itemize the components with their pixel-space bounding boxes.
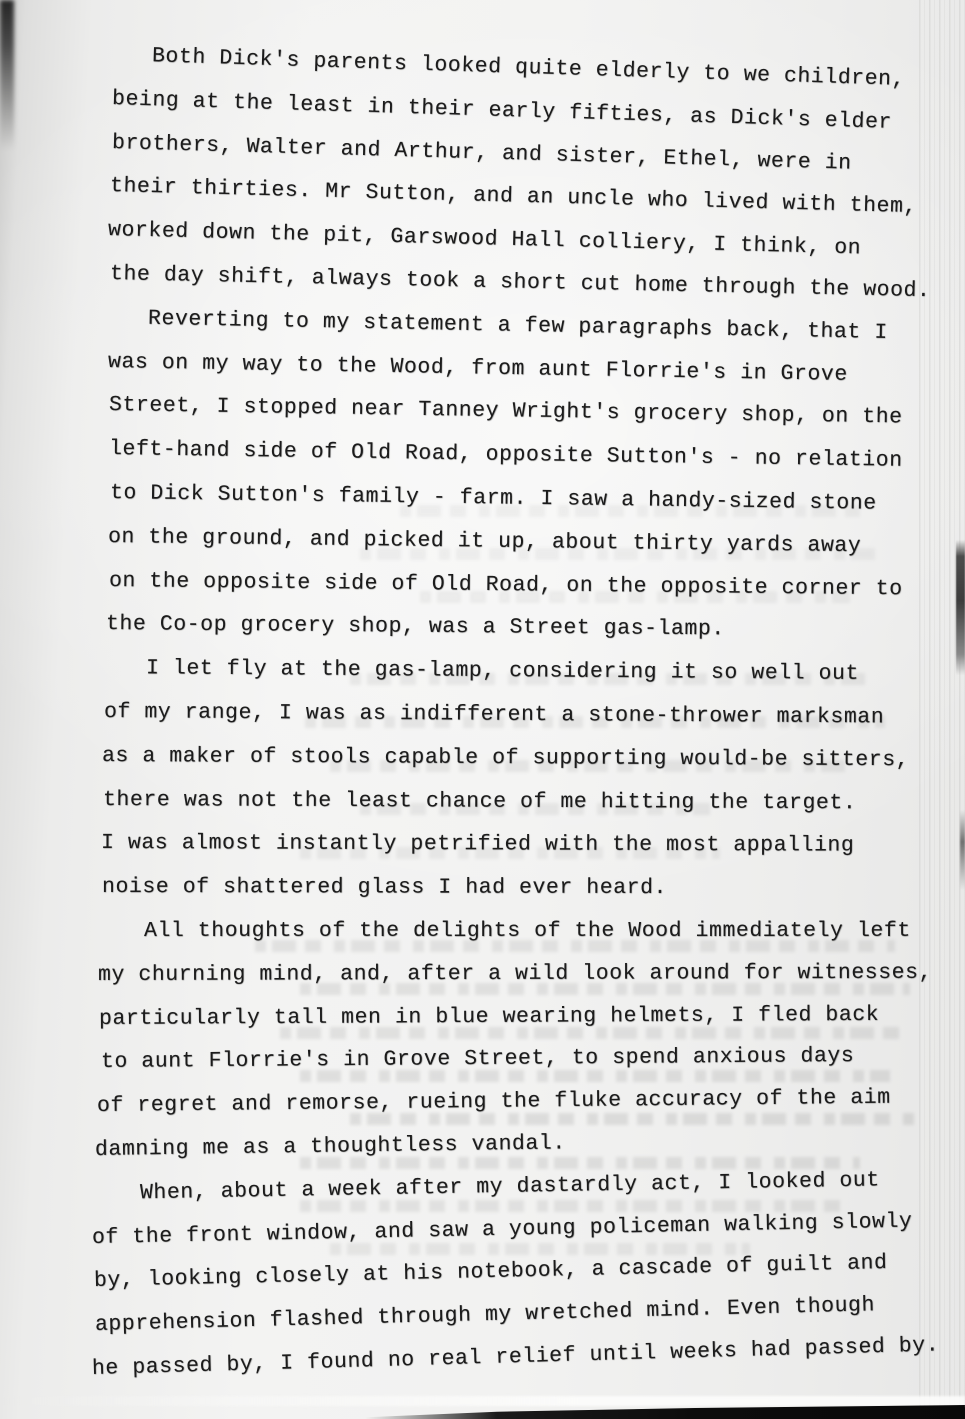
typed-line: particularly tall men in blue wearing he…	[99, 993, 964, 1041]
page-scan: Both Dick's parents looked quite elderly…	[0, 0, 965, 1419]
paragraph-5: When, about a week after my dastardly ac…	[92, 1173, 957, 1392]
typewritten-text: Both Dick's parents looked quite elderly…	[92, 34, 957, 1392]
scan-shadow-top-left	[0, 0, 14, 150]
typed-line: there was not the least chance of me hit…	[103, 779, 965, 827]
typed-line: the Co-op grocery shop, was a Street gas…	[106, 603, 965, 654]
paragraph-1: Both Dick's parents looked quite elderly…	[92, 34, 957, 297]
typed-line: noise of shattered glass I had ever hear…	[102, 866, 965, 911]
typed-line: All thoughts of the delights of the Wood…	[104, 910, 965, 954]
typed-line: my churning mind, and, after a wild look…	[98, 951, 963, 997]
typed-line: as a maker of stools capable of supporti…	[102, 735, 965, 783]
paper-bottom-edge-highlight	[0, 1396, 965, 1406]
paragraph-2: Reverting to my statement a few paragrap…	[92, 297, 957, 647]
paragraph-3: I let fly at the gas-lamp, considering i…	[92, 647, 957, 910]
paragraph-4: All thoughts of the delights of the Wood…	[92, 910, 957, 1173]
typed-line: of my range, I was as indifferent a ston…	[104, 691, 965, 741]
typed-line: I was almost instantly petrified with th…	[101, 822, 965, 869]
typed-line: I let fly at the gas-lamp, considering i…	[106, 647, 965, 698]
